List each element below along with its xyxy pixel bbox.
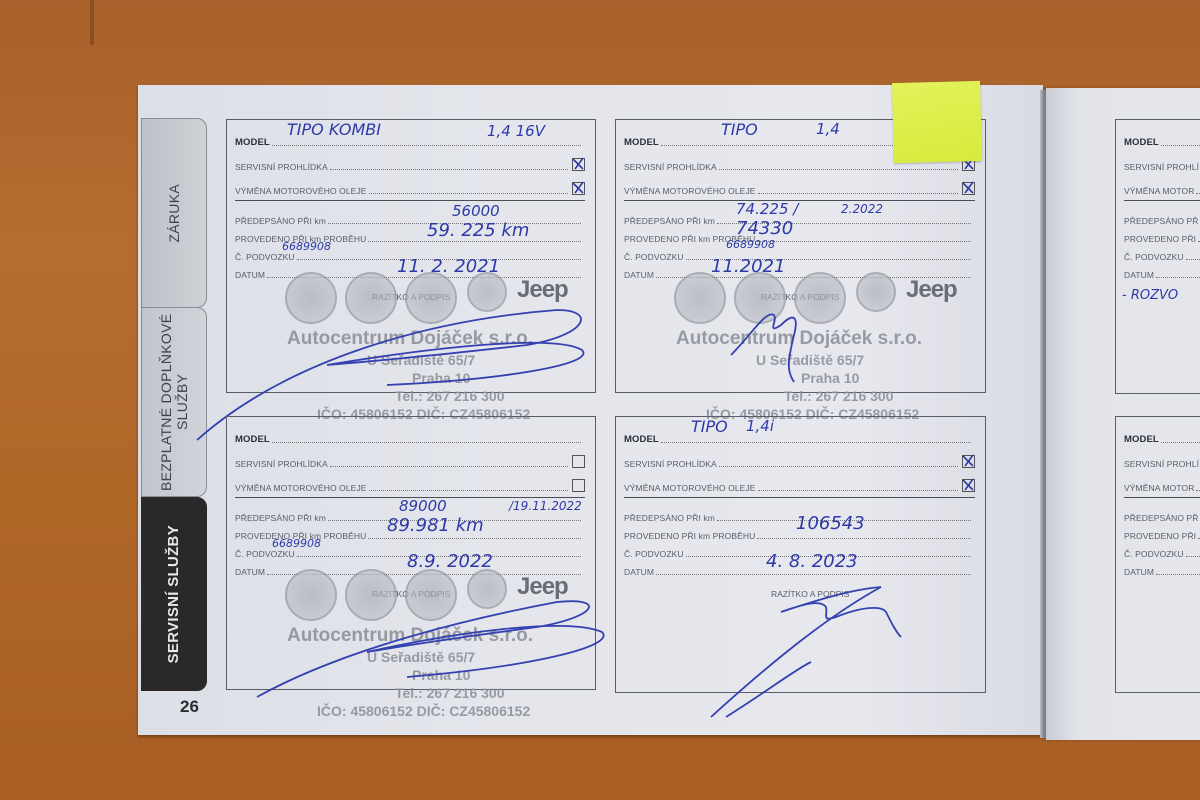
field-label: VÝMĚNA MOTOR	[1124, 483, 1194, 493]
performed-km-field: PROVEDENO PŘI	[1124, 230, 1200, 244]
field-label: PŘEDEPSÁNO PŘ	[1124, 513, 1199, 523]
field-label: SERVISNÍ PROHLÍ	[1124, 459, 1199, 469]
prescribed-km-field: PŘEDEPSÁNO PŘ	[1124, 212, 1200, 226]
date-field: DATUM	[1124, 266, 1200, 280]
dotted-line	[1196, 193, 1200, 194]
tab-label: BEZPLATNÉ DOPLŇKOVÉ SLUŽBY	[158, 308, 190, 496]
section-divider	[1124, 200, 1200, 201]
dotted-line	[1186, 259, 1200, 260]
dotted-line	[1186, 556, 1200, 557]
field-label: PROVEDENO PŘI	[1124, 531, 1196, 541]
dotted-line	[1161, 145, 1200, 146]
handwritten-note: - ROZVO	[1122, 288, 1178, 303]
service-record-card: MODELSERVISNÍ PROHLÍDKAVÝMĚNA MOTOROVÉHO…	[226, 119, 596, 393]
inspection-checkbox-row: SERVISNÍ PROHLÍ	[1124, 455, 1200, 469]
handwritten-signature	[616, 120, 996, 420]
tab-bezplatne-sluzby[interactable]: BEZPLATNÉ DOPLŇKOVÉ SLUŽBY	[141, 307, 207, 497]
model-field: MODEL	[1124, 134, 1200, 148]
handwritten-signature	[227, 120, 607, 420]
oil-change-checkbox-row: VÝMĚNA MOTOR	[1124, 479, 1200, 493]
field-label: MODEL	[1124, 137, 1159, 148]
model-field: MODEL	[1124, 431, 1200, 445]
service-record-card: MODELSERVISNÍ PROHLÍDKAVÝMĚNA MOTOROVÉHO…	[615, 416, 986, 693]
field-label: PŘEDEPSÁNO PŘ	[1124, 216, 1199, 226]
field-label: MODEL	[1124, 434, 1159, 445]
wood-table-background	[90, 0, 94, 45]
service-record-card-partial: MODELSERVISNÍ PROHLÍVÝMĚNA MOTORPŘEDEPSÁ…	[1115, 119, 1200, 394]
field-label: DATUM	[1124, 567, 1154, 577]
chassis-number-field: Č. PODVOZKU	[1124, 248, 1200, 262]
field-label: PROVEDENO PŘI	[1124, 234, 1196, 244]
performed-km-field: PROVEDENO PŘI	[1124, 527, 1200, 541]
field-label: DATUM	[1124, 270, 1154, 280]
date-field: DATUM	[1124, 563, 1200, 577]
field-label: Č. PODVOZKU	[1124, 549, 1184, 559]
field-label: SERVISNÍ PROHLÍ	[1124, 162, 1199, 172]
prescribed-km-field: PŘEDEPSÁNO PŘ	[1124, 509, 1200, 523]
tab-label: ZÁRUKA	[166, 184, 182, 243]
oil-change-checkbox-row: VÝMĚNA MOTOR	[1124, 182, 1200, 196]
field-label: Č. PODVOZKU	[1124, 252, 1184, 262]
service-record-card-partial: MODELSERVISNÍ PROHLÍVÝMĚNA MOTORPŘEDEPSÁ…	[1115, 416, 1200, 693]
dotted-line	[1156, 574, 1200, 575]
dotted-line	[1156, 277, 1200, 278]
tab-zaruka[interactable]: ZÁRUKA	[141, 118, 207, 308]
dotted-line	[1161, 442, 1200, 443]
page-number: 26	[180, 697, 199, 717]
section-divider	[1124, 497, 1200, 498]
inspection-checkbox-row: SERVISNÍ PROHLÍ	[1124, 158, 1200, 172]
field-label: VÝMĚNA MOTOR	[1124, 186, 1194, 196]
chassis-number-field: Č. PODVOZKU	[1124, 545, 1200, 559]
service-record-card: MODELSERVISNÍ PROHLÍDKAVÝMĚNA MOTOROVÉHO…	[226, 416, 596, 690]
tab-servisni-sluzby[interactable]: SERVISNÍ SLUŽBY	[141, 497, 207, 691]
tab-label: SERVISNÍ SLUŽBY	[166, 525, 182, 663]
sticky-note	[892, 81, 982, 163]
handwritten-signature	[227, 417, 607, 717]
dotted-line	[1196, 490, 1200, 491]
handwritten-signature	[616, 417, 996, 717]
